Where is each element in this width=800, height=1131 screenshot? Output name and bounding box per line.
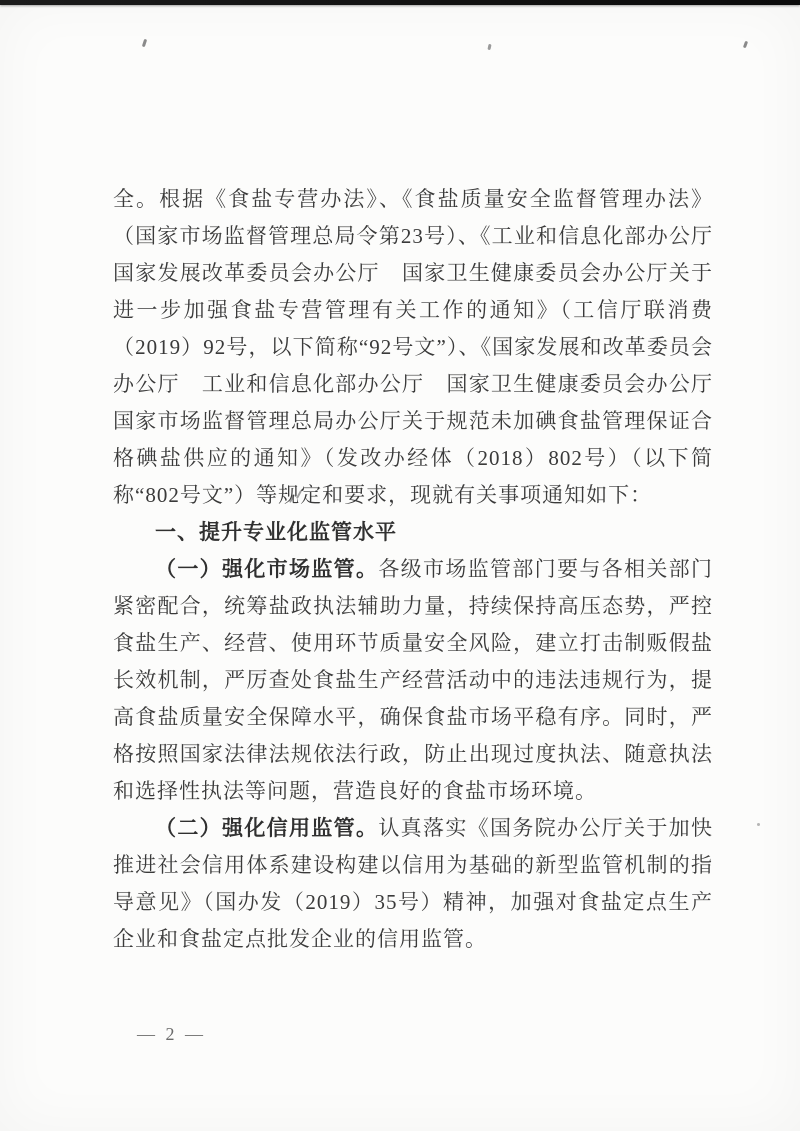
scan-speckle [142,39,147,48]
scan-speckle [487,44,491,50]
scan-speckle [743,41,748,49]
item-1-title: （一）强化市场监管。 [155,557,378,581]
page-number: — 2 — [137,1024,206,1045]
document-body: 全。根据《食盐专营办法》、《食盐质量安全监督管理办法》（国家市场监督管理总局令第… [113,181,713,958]
section-heading-professional-supervision: 一、提升专业化监管水平 [113,514,713,551]
item-1-text: 各级市场监管部门要与各相关部门紧密配合，统筹盐政执法辅助力量，持续保持高压态势，… [113,557,713,803]
scan-speckle [757,823,760,826]
scanned-document-page: 全。根据《食盐专营办法》、《食盐质量安全监督管理办法》（国家市场监督管理总局令第… [0,0,800,1131]
scan-edge-artifact [0,0,800,5]
paragraph-item-credit-supervision: （二）强化信用监管。认真落实《国务院办公厅关于加快推进社会信用体系建设构建以信用… [113,810,713,958]
paragraph-item-market-supervision: （一）强化市场监管。各级市场监管部门要与各相关部门紧密配合，统筹盐政执法辅助力量… [113,551,713,810]
paragraph-cited-regulations: 全。根据《食盐专营办法》、《食盐质量安全监督管理办法》（国家市场监督管理总局令第… [113,181,713,514]
item-2-title: （二）强化信用监管。 [155,816,378,840]
